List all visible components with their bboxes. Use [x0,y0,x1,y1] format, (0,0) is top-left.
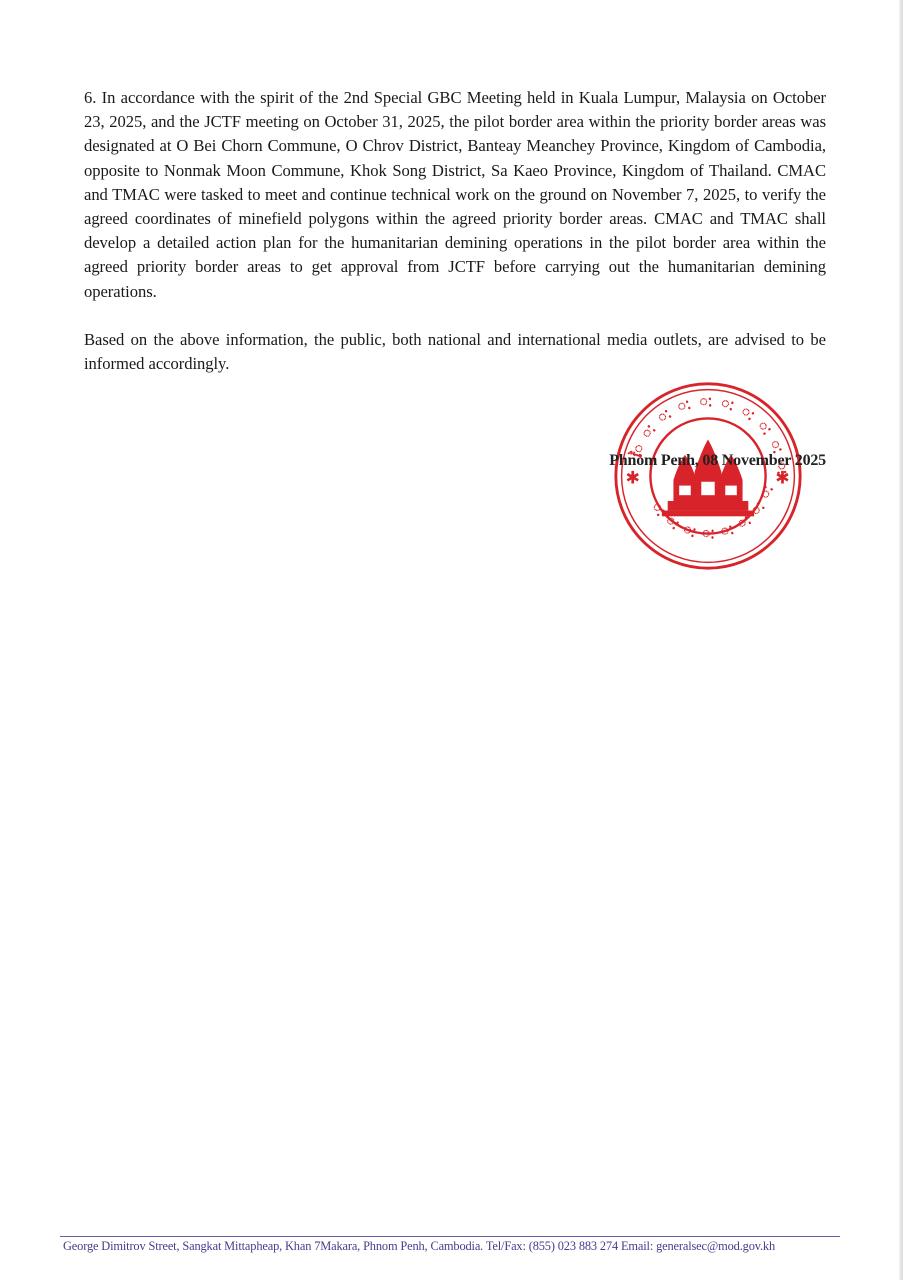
svg-text:✱: ✱ [625,469,639,489]
page-edge-shadow [899,0,903,1280]
footer-address: George Dimitrov Street, Sangkat Mittaphe… [63,1239,775,1254]
closing-paragraph: Based on the above information, the publ… [84,328,826,376]
document-body: 6. In accordance with the spirit of the … [84,86,826,376]
official-seal-icon: ៃ ៈ ៈ ៈ ៈ ៈ ៈ ៈ ៈ ៈ ៈ ៈ ៈ ៈ ៈ ៈ ៈ ៈ ✱ ✱ [612,380,804,572]
svg-text:✱: ✱ [775,469,789,489]
paragraph-6: 6. In accordance with the spirit of the … [84,86,826,304]
place-and-date: Phnom Penh, 08 November 2025 [609,452,826,470]
footer-divider [60,1236,840,1237]
